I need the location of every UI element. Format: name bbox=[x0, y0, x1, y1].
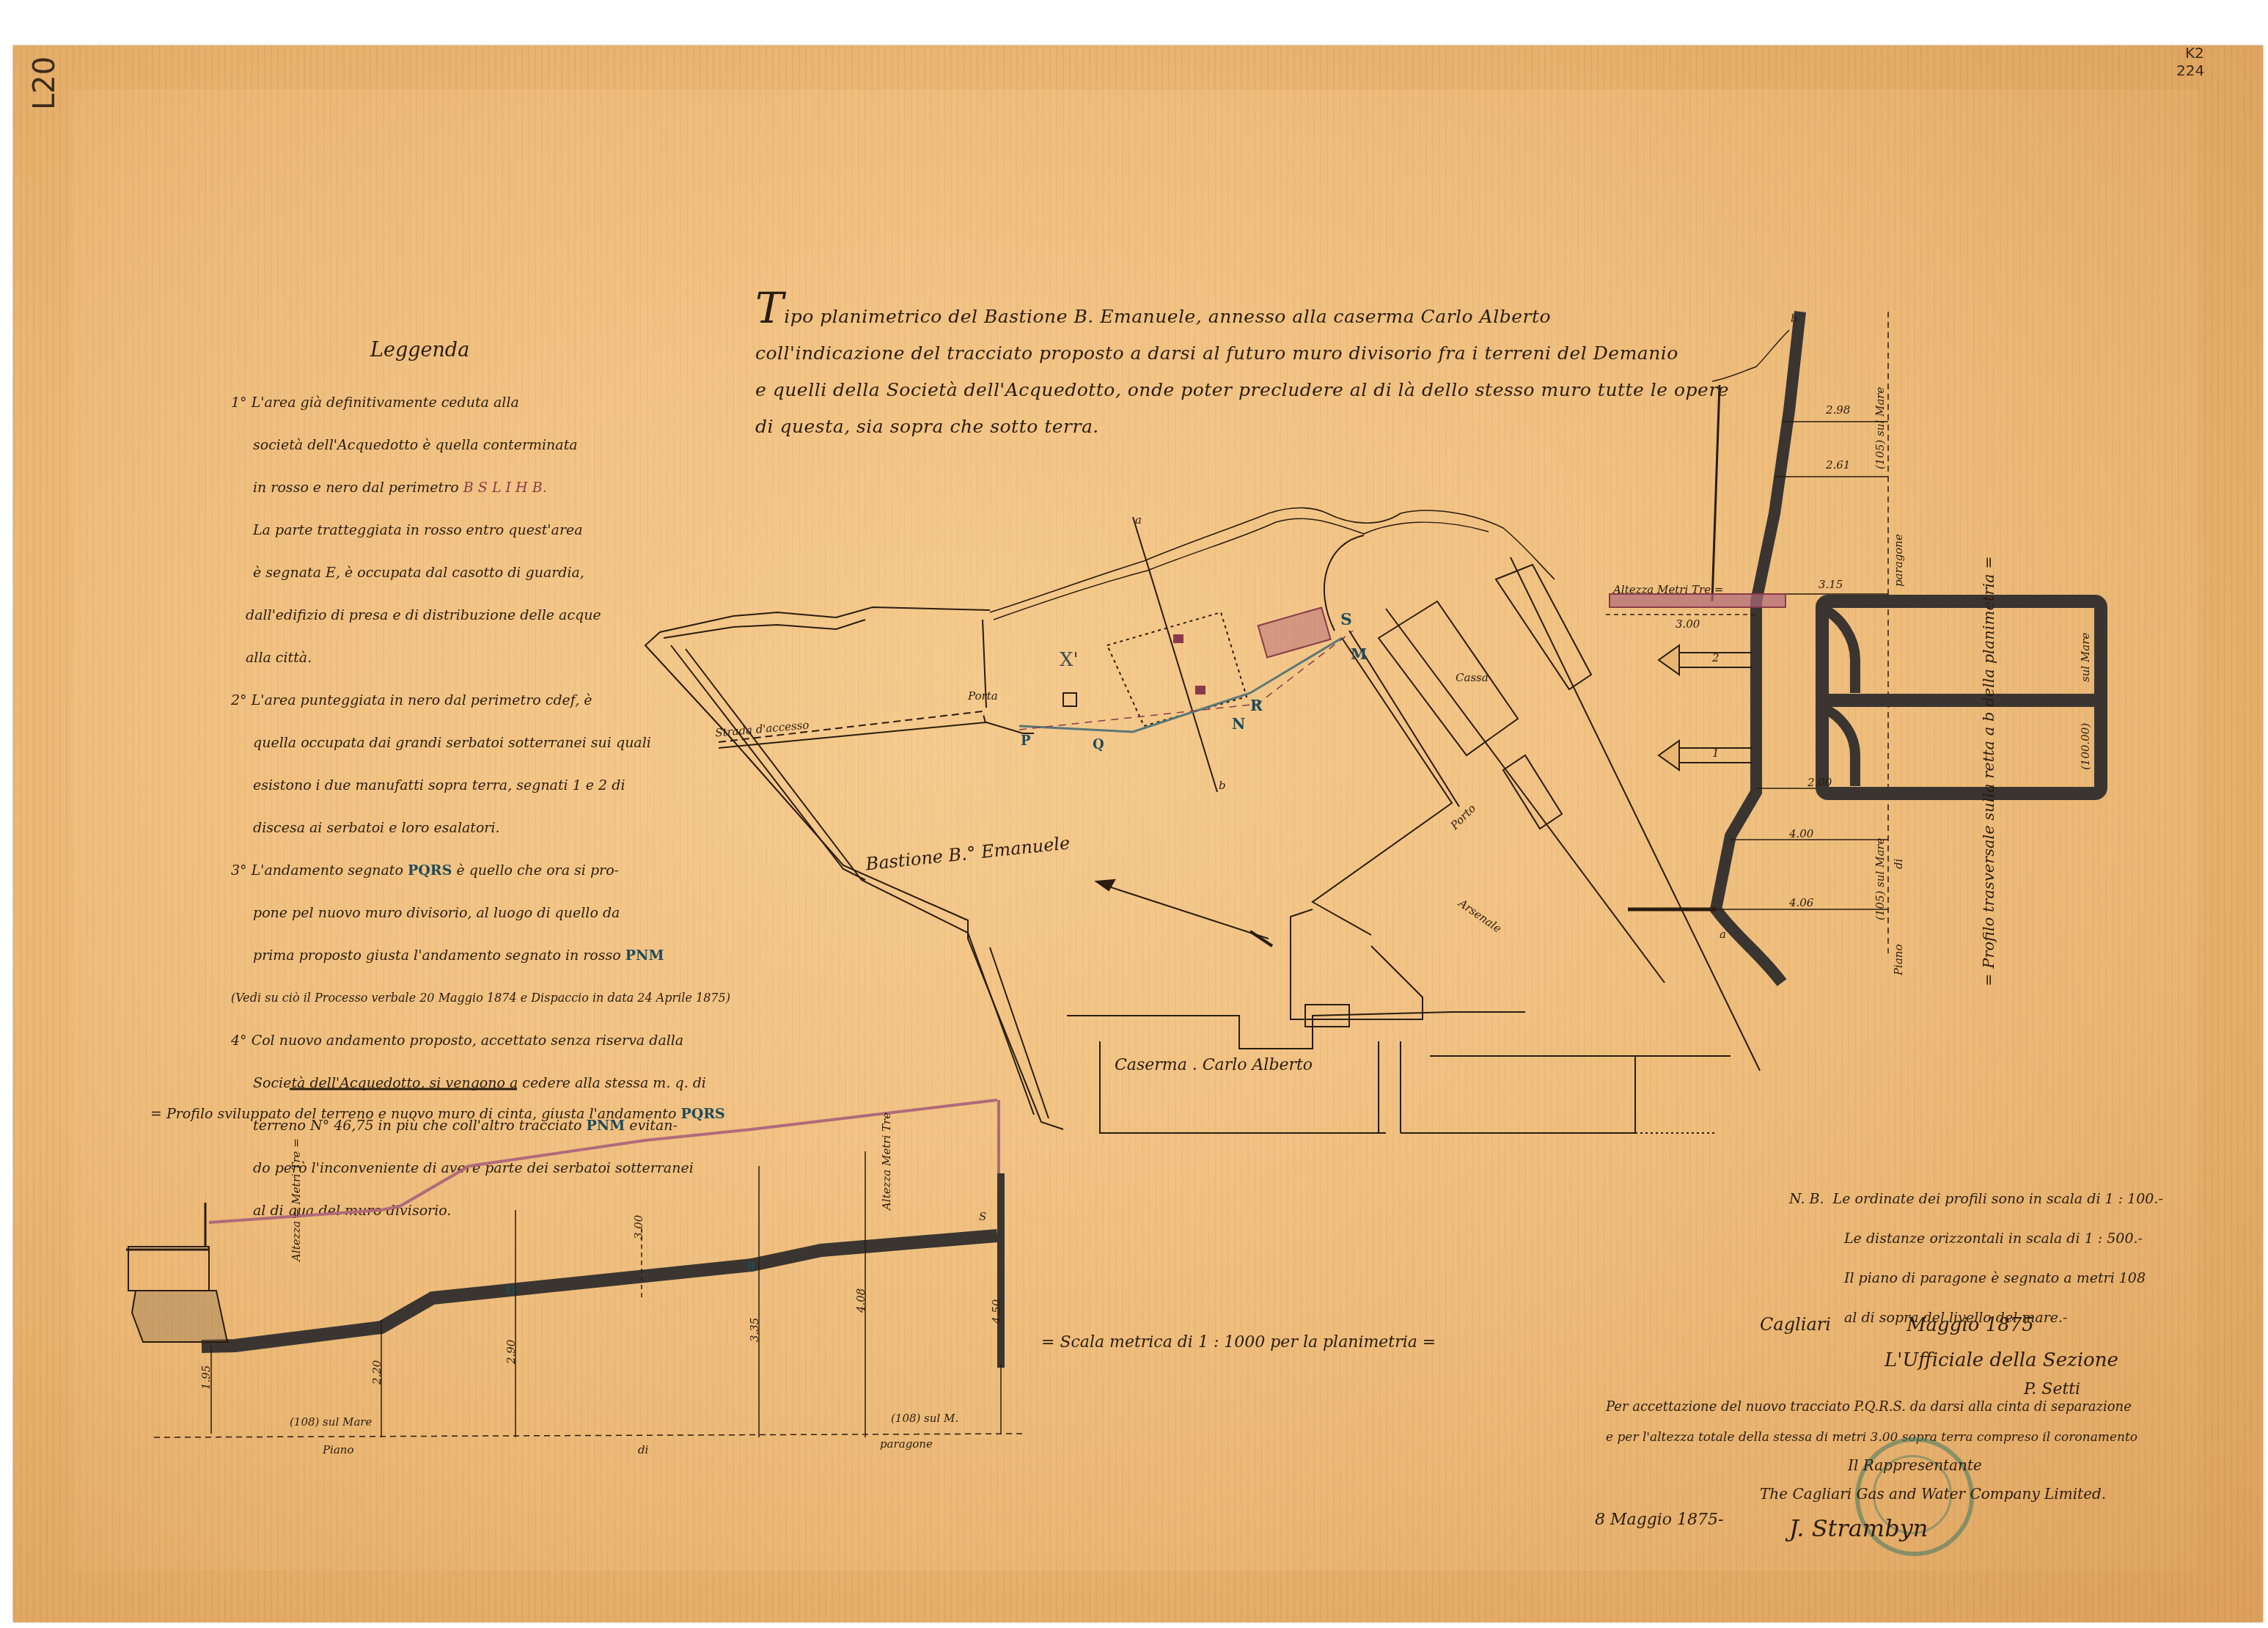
bastion-outline bbox=[645, 607, 1063, 1129]
datum-right: (108) sul M. bbox=[891, 1412, 958, 1425]
label-house: Cassa bbox=[1456, 671, 1489, 684]
section-ordinate-3: 3.15 bbox=[1819, 578, 1843, 591]
point-P: P bbox=[1021, 733, 1031, 749]
point-S: S bbox=[1340, 610, 1352, 629]
section-datum-lower: (105) sul Mare bbox=[1874, 838, 1887, 920]
section-point-a: a bbox=[1720, 928, 1726, 941]
label-barracks: Caserma . Carlo Alberto bbox=[1115, 1056, 1313, 1074]
profile-wall-height: 3.00 bbox=[632, 1215, 645, 1239]
map-drawing bbox=[0, 0, 2268, 1628]
nb-line-3: Il piano di paragone è segnato a metri 1… bbox=[1789, 1258, 2163, 1298]
acceptance-line-2: e per l'altezza totale della stessa di m… bbox=[1606, 1430, 2137, 1445]
acceptance-signature: J. Strambyn bbox=[1789, 1514, 1928, 1542]
section-width: 3.00 bbox=[1676, 617, 1700, 631]
profile-height-right: Altezza Metri Tre bbox=[880, 1112, 893, 1210]
profile-point-Q: Q bbox=[506, 1283, 515, 1297]
section-ordinate-5: 4.00 bbox=[1789, 827, 1813, 840]
nb-prefix: N. B. bbox=[1789, 1191, 1824, 1207]
ordinate-4: 3.35 bbox=[748, 1318, 761, 1342]
label-gate: Porta bbox=[968, 689, 998, 703]
profile-caption: = Profilo sviluppato del terreno e nuovo… bbox=[150, 1106, 725, 1122]
ordinate-1: 1.95 bbox=[199, 1365, 213, 1390]
section-datum-word-3: paragone bbox=[1892, 534, 1905, 587]
section-ordinate-4: 2.00 bbox=[1808, 776, 1832, 789]
section-datum-word-2: di bbox=[1892, 859, 1905, 869]
datum-word-2: di bbox=[638, 1443, 648, 1456]
profile-height-left: Altezza = Metri Tre = bbox=[290, 1138, 303, 1261]
section-ordinate-2: 2.61 bbox=[1826, 458, 1850, 472]
nb-line-2: Le distanze orizzontali in scala di 1 : … bbox=[1789, 1219, 2163, 1258]
point-M: M bbox=[1351, 645, 1367, 663]
section-height-label: Altezza Metri Tre = bbox=[1613, 583, 1723, 596]
acceptance-line-1: Per accettazione del nuovo tracciato P.Q… bbox=[1606, 1399, 2132, 1415]
ordinate-6: 4.50 bbox=[990, 1299, 1003, 1324]
ordinate-2: 2.20 bbox=[370, 1360, 383, 1385]
sign-name: P. Setti bbox=[2024, 1380, 2080, 1398]
ordinate-3: 2.90 bbox=[504, 1340, 518, 1364]
point-R: R bbox=[1250, 697, 1263, 714]
section-point-b: b bbox=[1791, 312, 1798, 325]
section-caption: = Profilo trasversale sulla retta a b de… bbox=[1980, 556, 1997, 986]
section-ordinate-6: 4.06 bbox=[1789, 896, 1813, 909]
ordinate-5: 4.08 bbox=[854, 1288, 867, 1313]
acceptance-role: Il Rappresentante bbox=[1848, 1456, 1982, 1474]
sign-role: L'Ufficiale della Sezione bbox=[1885, 1349, 2118, 1371]
acceptance-company: The Cagliari Gas and Water Company Limit… bbox=[1760, 1485, 2106, 1503]
datum-word-3: paragone bbox=[880, 1437, 933, 1451]
datum-word-1: Piano bbox=[323, 1443, 354, 1456]
acceptance-date: 8 Maggio 1875- bbox=[1595, 1511, 1724, 1529]
profile-point-S: S bbox=[979, 1210, 986, 1223]
point-a: a bbox=[1135, 513, 1142, 527]
section-manufact-1: 1 bbox=[1712, 747, 1720, 760]
section-reservoir-side: sul Mare bbox=[2079, 633, 2092, 682]
datum-left: (108) sul Mare bbox=[290, 1415, 372, 1429]
section-reservoir-level: (100.00) bbox=[2079, 723, 2092, 770]
section-datum-upper: (105) sul Mare bbox=[1874, 387, 1887, 469]
sign-place: Cagliari bbox=[1760, 1314, 1831, 1335]
section-manufact-2: 2 bbox=[1712, 651, 1720, 664]
label-area-x: X' bbox=[1060, 649, 1079, 671]
point-b: b bbox=[1219, 779, 1226, 792]
profile-point-R: R bbox=[746, 1260, 755, 1273]
sign-date: Maggio 1875 bbox=[1906, 1314, 2034, 1336]
section-datum-word-1: Piano bbox=[1892, 944, 1905, 975]
point-N: N bbox=[1232, 715, 1245, 733]
scale-note: = Scala metrica di 1 : 1000 per la plani… bbox=[1041, 1333, 1436, 1352]
nb-line-1: Le ordinate dei profili sono in scala di… bbox=[1833, 1191, 2163, 1207]
section-ordinate-1: 2.98 bbox=[1826, 403, 1850, 417]
point-Q: Q bbox=[1093, 737, 1104, 752]
